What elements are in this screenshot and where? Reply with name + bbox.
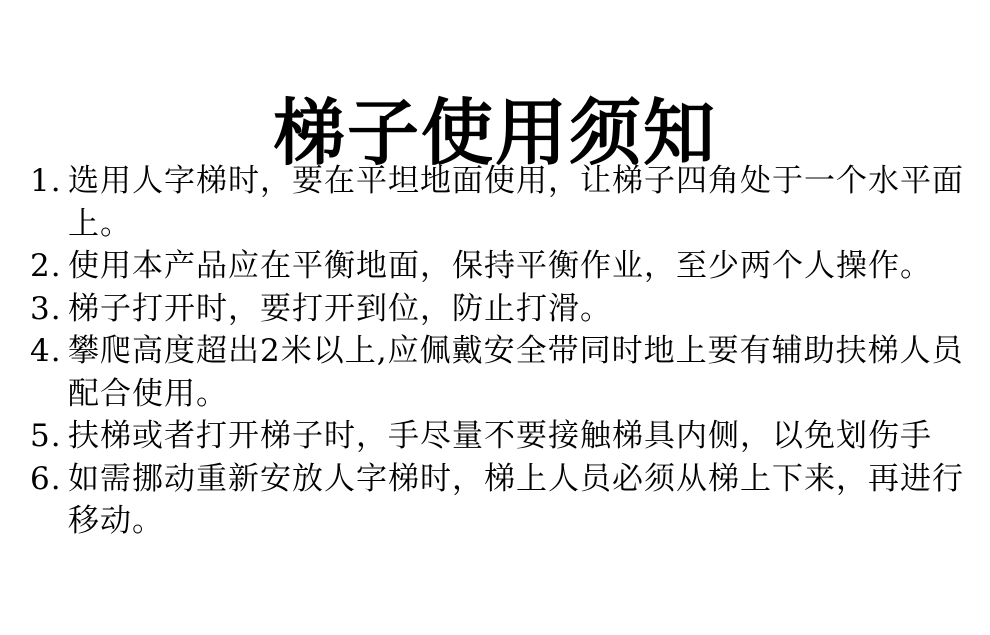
item-number: 6. (30, 458, 62, 501)
list-item: 2. 使用本产品应在平衡地面，保持平衡作业，至少两个人操作。 (30, 245, 975, 288)
item-number: 3. (30, 288, 62, 331)
item-text: 使用本产品应在平衡地面，保持平衡作业，至少两个人操作。 (68, 248, 932, 284)
list-item: 4. 攀爬高度超出2米以上,应佩戴安全带同时地上要有辅助扶梯人员配合使用。 (30, 330, 975, 415)
item-text: 选用人字梯时，要在平坦地面使用，让梯子四角处于一个水平面上。 (68, 163, 964, 242)
item-text: 攀爬高度超出2米以上,应佩戴安全带同时地上要有辅助扶梯人员配合使用。 (68, 333, 964, 412)
item-number: 1. (30, 160, 62, 203)
item-number: 5. (30, 415, 62, 458)
list-item: 6. 如需挪动重新安放人字梯时，梯上人员必须从梯上下来，再进行移动。 (30, 458, 975, 543)
list-item: 1. 选用人字梯时，要在平坦地面使用，让梯子四角处于一个水平面上。 (30, 160, 975, 245)
list-item: 3. 梯子打开时，要打开到位，防止打滑。 (30, 288, 975, 331)
item-text: 梯子打开时，要打开到位，防止打滑。 (68, 291, 612, 327)
item-text: 如需挪动重新安放人字梯时，梯上人员必须从梯上下来，再进行移动。 (68, 461, 964, 540)
item-number: 4. (30, 330, 62, 373)
list-item: 5. 扶梯或者打开梯子时，手尽量不要接触梯具内侧，以免划伤手 (30, 415, 975, 458)
item-text: 扶梯或者打开梯子时，手尽量不要接触梯具内侧，以免划伤手 (68, 418, 932, 454)
instruction-list: 1. 选用人字梯时，要在平坦地面使用，让梯子四角处于一个水平面上。 2. 使用本… (30, 160, 975, 543)
item-number: 2. (30, 245, 62, 288)
